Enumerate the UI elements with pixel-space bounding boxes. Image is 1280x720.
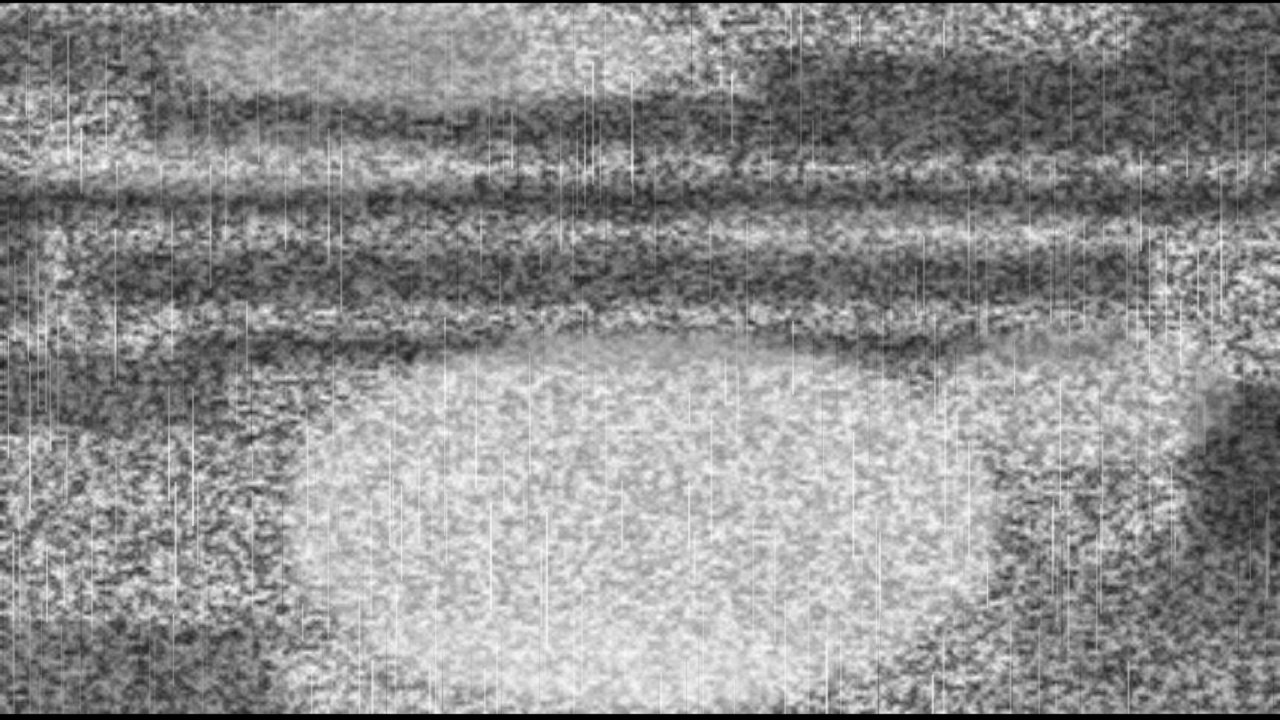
tv-static-noise-frame: [0, 0, 1280, 720]
tv-static-screen: [0, 0, 1280, 720]
